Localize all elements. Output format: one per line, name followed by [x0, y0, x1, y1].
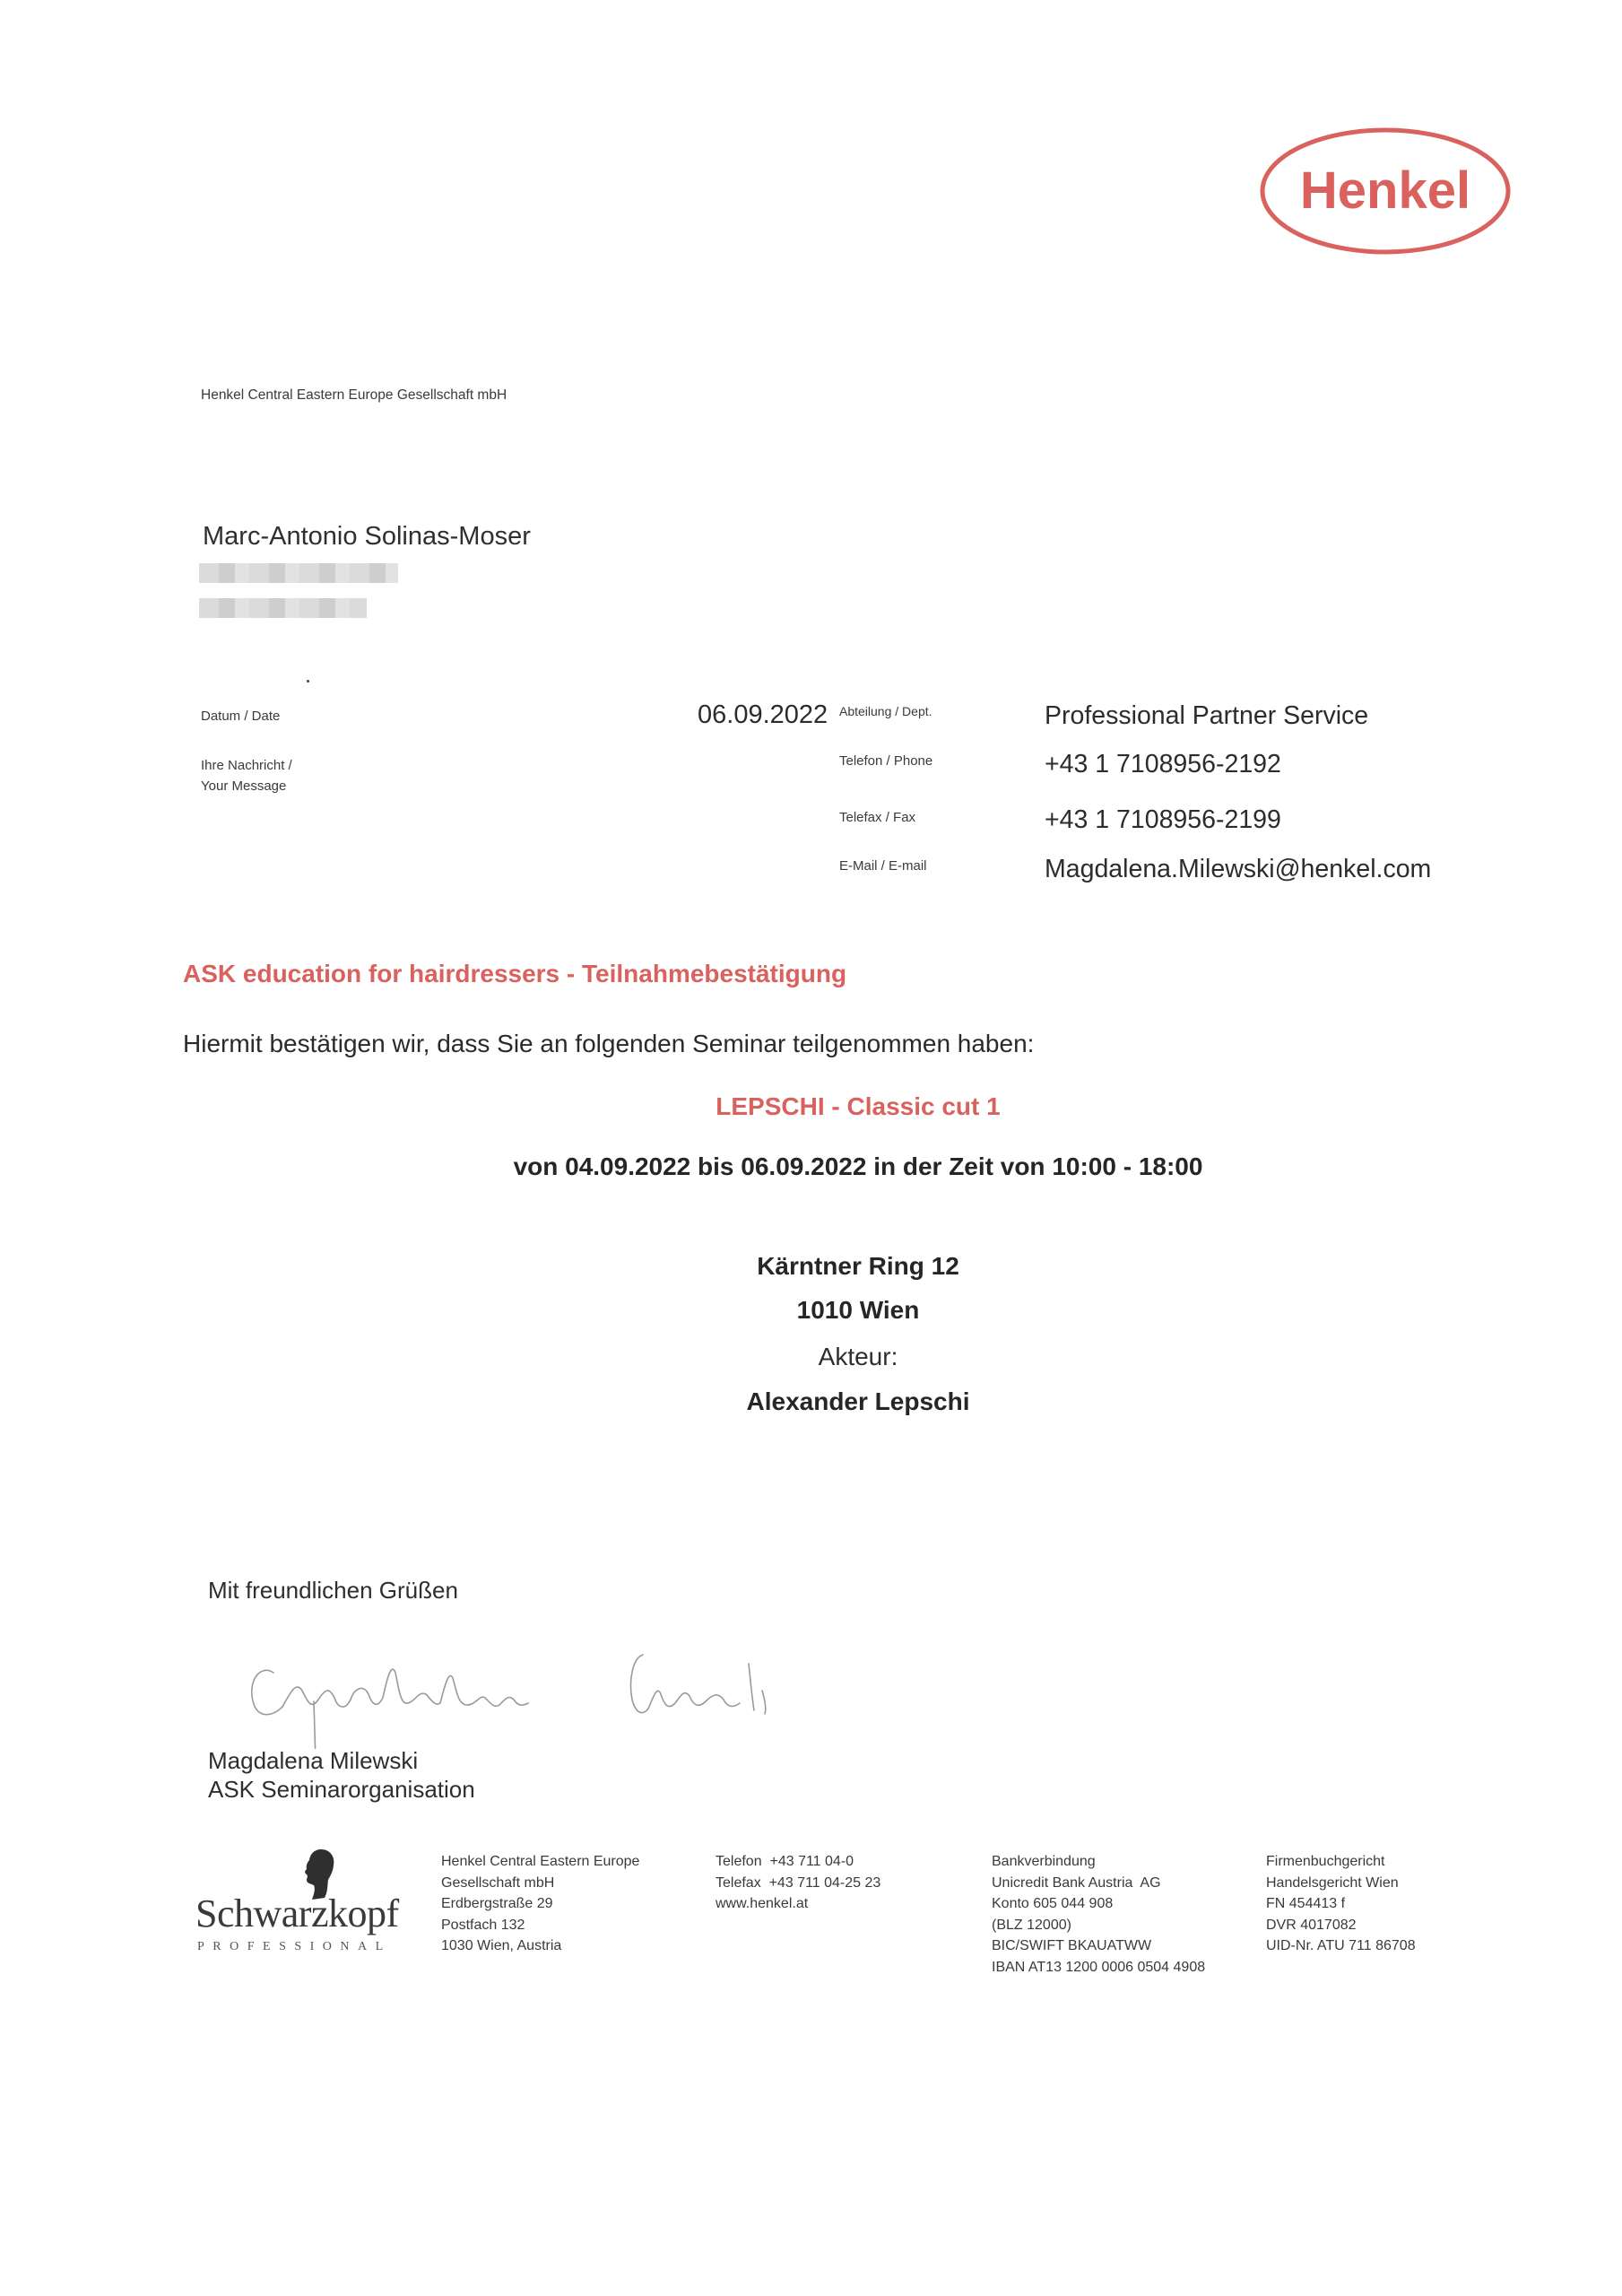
redacted-address-line: [199, 563, 398, 583]
henkel-logo: Henkel: [1259, 126, 1512, 257]
closing-greeting: Mit freundlichen Grüßen: [208, 1577, 458, 1605]
actor-name: Alexander Lepschi: [0, 1387, 1622, 1416]
footer-address: Henkel Central Eastern Europe Gesellscha…: [441, 1851, 639, 1957]
date-value: 06.09.2022: [698, 700, 828, 730]
intro-text: Hiermit bestätigen wir, dass Sie an folg…: [183, 1030, 1034, 1058]
footer-bank: Bankverbindung Unicredit Bank Austria AG…: [992, 1851, 1205, 1978]
dept-label: Abteilung / Dept.: [839, 704, 932, 718]
your-message-label-line-1: Ihre Nachricht /: [201, 755, 292, 776]
footer-fax: Telefax +43 711 04-25 23: [716, 1873, 880, 1894]
your-message-label: Ihre Nachricht / Your Message: [201, 755, 292, 796]
actor-label: Akteur:: [0, 1343, 1622, 1371]
footer-register-line: FN 454413 f: [1266, 1893, 1416, 1915]
your-message-label-line-2: Your Message: [201, 776, 292, 796]
email-label: E-Mail / E-mail: [839, 858, 927, 874]
footer-register-line: Handelsgericht Wien: [1266, 1873, 1416, 1894]
recipient-name: Marc-Antonio Solinas-Moser: [203, 522, 531, 552]
phone-value: +43 1 7108956-2192: [1045, 750, 1281, 779]
seminar-title: LEPSCHI - Classic cut 1: [0, 1092, 1622, 1121]
footer-address-line: Gesellschaft mbH: [441, 1873, 639, 1894]
schwarzkopf-wordmark: Schwarzkopf: [195, 1891, 399, 1936]
henkel-oval-icon: Henkel: [1259, 126, 1512, 257]
signer-org: ASK Seminarorganisation: [208, 1776, 475, 1804]
date-label: Datum / Date: [201, 709, 280, 724]
footer-bank-line: Konto 605 044 908: [992, 1893, 1205, 1915]
seminar-dates: von 04.09.2022 bis 06.09.2022 in der Zei…: [0, 1152, 1622, 1181]
footer-register-line: UID-Nr. ATU 711 86708: [1266, 1935, 1416, 1957]
footer-register-line: DVR 4017082: [1266, 1915, 1416, 1936]
letter-title: ASK education for hairdressers - Teilnah…: [183, 960, 846, 988]
footer-bank-line: (BLZ 12000): [992, 1915, 1205, 1936]
venue-street: Kärntner Ring 12: [0, 1252, 1622, 1281]
handwritten-signature: [229, 1628, 910, 1749]
footer-address-line: 1030 Wien, Austria: [441, 1935, 639, 1957]
schwarzkopf-subline: PROFESSIONAL: [197, 1940, 392, 1954]
sender-line: Henkel Central Eastern Europe Gesellscha…: [201, 387, 507, 404]
footer-address-line: Henkel Central Eastern Europe: [441, 1851, 639, 1873]
footer-phone: Telefon +43 711 04-0: [716, 1851, 880, 1873]
footer-register-line: Firmenbuchgericht: [1266, 1851, 1416, 1873]
footer-bank-line: Unicredit Bank Austria AG: [992, 1873, 1205, 1894]
email-value: Magdalena.Milewski@henkel.com: [1045, 855, 1431, 884]
footer-bank-line: Bankverbindung: [992, 1851, 1205, 1873]
footer-bank-line: IBAN AT13 1200 0006 0504 4908: [992, 1957, 1205, 1979]
venue-city: 1010 Wien: [0, 1296, 1622, 1325]
footer-website-link[interactable]: www.henkel.at: [716, 1893, 880, 1915]
footer-contact: Telefon +43 711 04-0 Telefax +43 711 04-…: [716, 1851, 880, 1915]
footer-bank-line: BIC/SWIFT BKAUATWW: [992, 1935, 1205, 1957]
footer-register: Firmenbuchgericht Handelsgericht Wien FN…: [1266, 1851, 1416, 1957]
stray-mark: [307, 680, 309, 683]
schwarzkopf-logo: Schwarzkopf PROFESSIONAL: [195, 1848, 420, 1964]
phone-label: Telefon / Phone: [839, 753, 932, 769]
fax-value: +43 1 7108956-2199: [1045, 805, 1281, 835]
dept-value: Professional Partner Service: [1045, 701, 1368, 731]
fax-label: Telefax / Fax: [839, 810, 915, 825]
footer-address-line: Postfach 132: [441, 1915, 639, 1936]
redacted-address-line: [199, 598, 367, 618]
signer-name: Magdalena Milewski: [208, 1747, 418, 1775]
svg-text:Henkel: Henkel: [1300, 161, 1470, 220]
footer-address-line: Erdbergstraße 29: [441, 1893, 639, 1915]
